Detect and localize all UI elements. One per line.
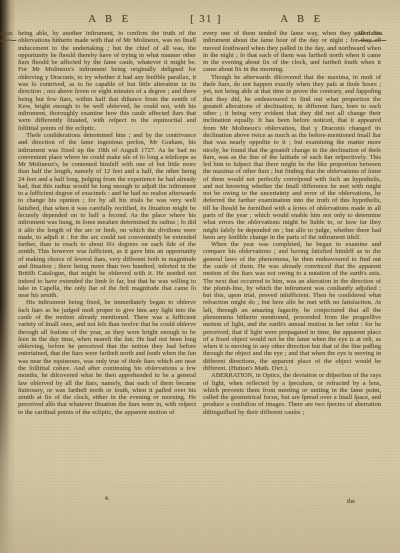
page-number: [ 31 ] xyxy=(168,14,244,25)
two-column-text-block: being able, by another inſtrument, to co… xyxy=(18,30,382,494)
paragraph: His inſtrument being fixed, he immediate… xyxy=(18,299,196,416)
text-column-left: being able, by another inſtrument, to co… xyxy=(18,30,196,494)
paragraph: being able, by another inſtrument, to co… xyxy=(18,30,196,132)
paragraph: Though he afterwards diſcovered that the… xyxy=(203,74,381,241)
running-title-left: A B E xyxy=(62,14,158,25)
book-page-scan: A B E [ 31 ] A B E Aberration. Aberratio… xyxy=(0,0,400,553)
margin-note-left-label: Aberration. xyxy=(0,31,14,37)
signature-mark: 4. xyxy=(18,495,196,502)
flourish-swash xyxy=(0,38,17,44)
paragraph: ABERRATION, in Optics, the deviation or … xyxy=(203,372,381,416)
running-title-right: A B E xyxy=(254,14,350,25)
paragraph: Theſe conſiderations determined him ; an… xyxy=(18,132,196,299)
text-column-right: every one of them tended the ſame way, w… xyxy=(203,30,381,494)
paragraph: every one of them tended the ſame way, w… xyxy=(203,30,381,74)
catchword: the xyxy=(203,498,355,505)
paragraph: When the year was completed, he began to… xyxy=(203,241,381,372)
page-gutter-shadow xyxy=(0,0,16,553)
